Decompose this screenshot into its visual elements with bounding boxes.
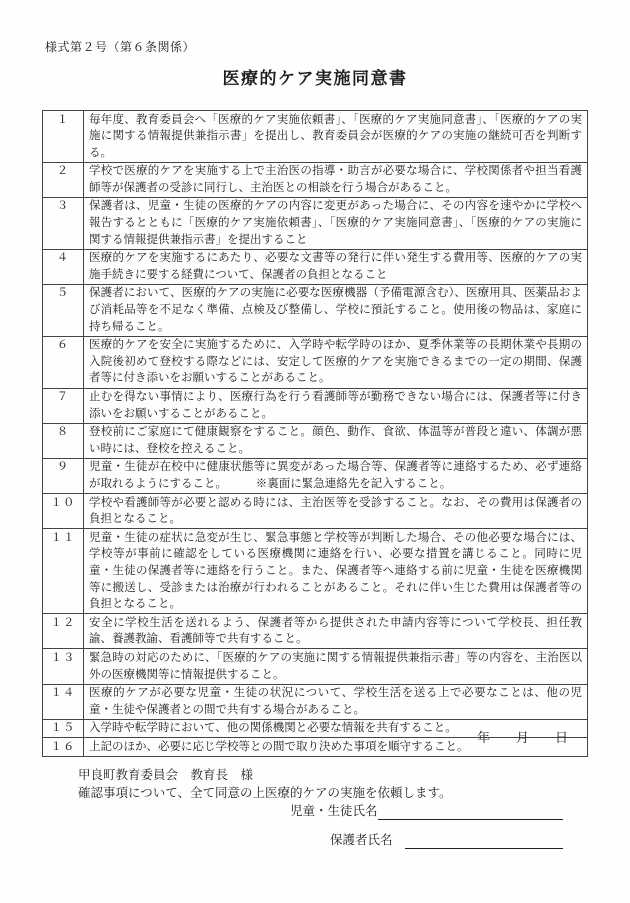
row-number: ２ bbox=[43, 162, 84, 197]
row-number: ８ bbox=[43, 423, 84, 458]
student-name-field[interactable] bbox=[378, 806, 563, 820]
student-name-row: 児童・生徒氏名 bbox=[290, 802, 630, 820]
row-text: 児童・生徒の症状に急変が生じ、緊急事態と学校等が判断した場合、その他必要な場合に… bbox=[84, 529, 588, 614]
addressee-line: 甲良町教育委員会 教育長 様 bbox=[78, 766, 630, 784]
row-number: １３ bbox=[43, 649, 84, 684]
row-text: 学校や看護師等が必要と認める時には、主治医等を受診すること。なお、その費用は保護… bbox=[84, 494, 588, 529]
row-text: 児童・生徒が在校中に健康状態等に異変があった場合等、保護者等に連絡するため、必ず… bbox=[84, 458, 588, 493]
row-number: １ bbox=[43, 111, 84, 163]
page-title: 医療的ケア実施同意書 bbox=[0, 64, 630, 89]
guardian-name-field[interactable] bbox=[405, 835, 563, 849]
row-number: １４ bbox=[43, 684, 84, 719]
row-number: ４ bbox=[43, 249, 84, 284]
row-number: １０ bbox=[43, 494, 84, 529]
row-number: １１ bbox=[43, 529, 84, 614]
table-row: １４医療的ケアが必要な児童・生徒の状況について、学校生活を送る上で必要なことは、… bbox=[43, 684, 588, 719]
student-name-label: 児童・生徒氏名 bbox=[290, 804, 378, 818]
date-line: 年 月 日 bbox=[0, 727, 630, 746]
consent-statement: 確認事項について、全て同意の上医療的ケアの実施を依頼します。 bbox=[78, 784, 630, 802]
table-row: ２学校で医療的ケアを実施する上で主治医の指導・助言が必要な場合に、学校関係者や担… bbox=[43, 162, 588, 197]
table-row: ６医療的ケアを安全に実施するために、入学時や転学時のほか、夏季休業等の長期休業や… bbox=[43, 336, 588, 388]
row-number: １２ bbox=[43, 614, 84, 649]
row-text: 保護者は、児童・生徒の医療的ケアの内容に変更があった場合に、その内容を速やかに学… bbox=[84, 197, 588, 249]
row-text: 保護者において、医療的ケアの実施に必要な医療機器（予備電源含む）、医療用具、医薬… bbox=[84, 284, 588, 336]
row-number: ５ bbox=[43, 284, 84, 336]
row-text: 登校前にご家庭にて健康観察をすること。顔色、動作、食欲、体温等が普段と違い、体調… bbox=[84, 423, 588, 458]
form-code: 様式第２号（第６条関係） bbox=[45, 38, 195, 55]
guardian-name-row: 保護者氏名 bbox=[330, 831, 630, 849]
table-row: １毎年度、教育委員会へ「医療的ケア実施依頼書」、「医療的ケア実施同意書」、「医療… bbox=[43, 111, 588, 163]
document-page: 様式第２号（第６条関係） 医療的ケア実施同意書 １毎年度、教育委員会へ「医療的ケ… bbox=[0, 0, 630, 903]
row-text: 安全に学校生活を送れるよう、保護者等から提供された申請内容等について学校長、担任… bbox=[84, 614, 588, 649]
table-row: ５保護者において、医療的ケアの実施に必要な医療機器（予備電源含む）、医療用具、医… bbox=[43, 284, 588, 336]
signature-section: 年 月 日 甲良町教育委員会 教育長 様 確認事項について、全て同意の上医療的ケ… bbox=[0, 727, 630, 849]
table-row: ７止むを得ない事情により、医療行為を行う看護師等が勤務できない場合には、保護者等… bbox=[43, 388, 588, 423]
table-row: １３緊急時の対応のために、「医療的ケアの実施に関する情報提供兼指示書」等の内容を… bbox=[43, 649, 588, 684]
consent-table-body: １毎年度、教育委員会へ「医療的ケア実施依頼書」、「医療的ケア実施同意書」、「医療… bbox=[43, 111, 588, 757]
table-row: １２安全に学校生活を送れるよう、保護者等から提供された申請内容等について学校長、… bbox=[43, 614, 588, 649]
row-number: ７ bbox=[43, 388, 84, 423]
guardian-name-label: 保護者氏名 bbox=[330, 833, 393, 847]
row-text: 学校で医療的ケアを実施する上で主治医の指導・助言が必要な場合に、学校関係者や担当… bbox=[84, 162, 588, 197]
table-row: ３保護者は、児童・生徒の医療的ケアの内容に変更があった場合に、その内容を速やかに… bbox=[43, 197, 588, 249]
row-number: ６ bbox=[43, 336, 84, 388]
row-text: 医療的ケアが必要な児童・生徒の状況について、学校生活を送る上で必要なことは、他の… bbox=[84, 684, 588, 719]
table-row: ４医療的ケアを実施するにあたり、必要な文書等の発行に伴い発生する費用等、医療的ケ… bbox=[43, 249, 588, 284]
row-number: ９ bbox=[43, 458, 84, 493]
table-row: １１児童・生徒の症状に急変が生じ、緊急事態と学校等が判断した場合、その他必要な場… bbox=[43, 529, 588, 614]
row-text: 止むを得ない事情により、医療行為を行う看護師等が勤務できない場合には、保護者等に… bbox=[84, 388, 588, 423]
row-text: 医療的ケアを安全に実施するために、入学時や転学時のほか、夏季休業等の長期休業や長… bbox=[84, 336, 588, 388]
row-text: 医療的ケアを実施するにあたり、必要な文書等の発行に伴い発生する費用等、医療的ケア… bbox=[84, 249, 588, 284]
table-row: １０学校や看護師等が必要と認める時には、主治医等を受診すること。なお、その費用は… bbox=[43, 494, 588, 529]
row-text: 毎年度、教育委員会へ「医療的ケア実施依頼書」、「医療的ケア実施同意書」、「医療的… bbox=[84, 111, 588, 163]
table-row: ８登校前にご家庭にて健康観察をすること。顔色、動作、食欲、体温等が普段と違い、体… bbox=[43, 423, 588, 458]
consent-terms-table: １毎年度、教育委員会へ「医療的ケア実施依頼書」、「医療的ケア実施同意書」、「医療… bbox=[42, 110, 588, 757]
row-number: ３ bbox=[43, 197, 84, 249]
table-row: ９児童・生徒が在校中に健康状態等に異変があった場合等、保護者等に連絡するため、必… bbox=[43, 458, 588, 493]
row-text: 緊急時の対応のために、「医療的ケアの実施に関する情報提供兼指示書」等の内容を、主… bbox=[84, 649, 588, 684]
